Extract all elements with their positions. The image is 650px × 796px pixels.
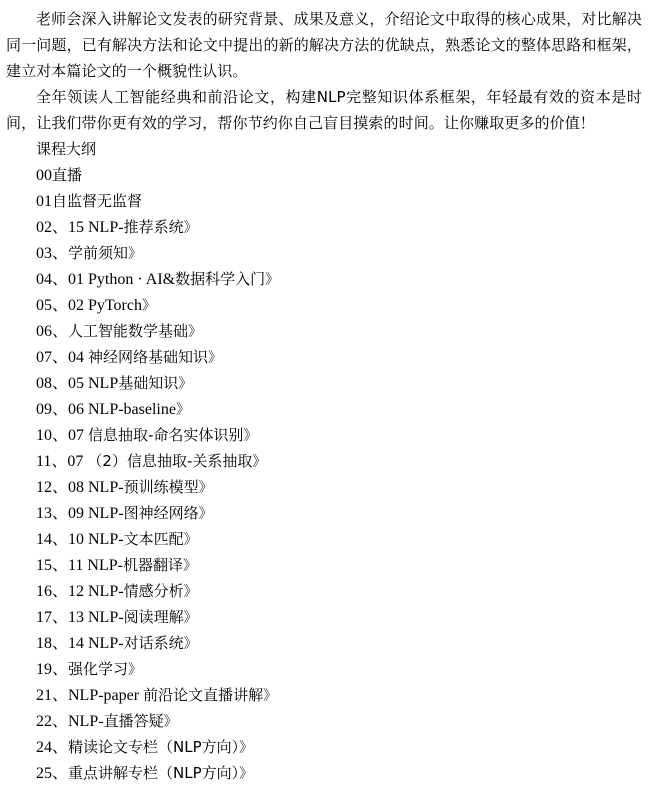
double-chevron-icon: 》 xyxy=(252,454,266,470)
double-chevron-icon: 》 xyxy=(184,532,198,548)
double-chevron-icon: 》 xyxy=(208,350,222,366)
outline-item: 13、09 NLP-图神经网络》 xyxy=(36,500,642,526)
intro-paragraph-2: 全年领读人工智能经典和前沿论文，构建NLP完整知识体系框架，年轻最有效的资本是时… xyxy=(6,84,642,136)
outline-item: 17、13 NLP-阅读理解》 xyxy=(36,604,642,630)
double-chevron-icon: 》 xyxy=(178,376,192,392)
double-chevron-icon: 》 xyxy=(184,610,198,626)
outline-item: 15、11 NLP-机器翻译》 xyxy=(36,552,642,578)
double-chevron-icon: 》 xyxy=(265,272,279,288)
outline-item: 09、06 NLP-baseline》 xyxy=(36,396,642,422)
double-chevron-icon: 》 xyxy=(243,428,257,444)
double-chevron-icon: 》 xyxy=(263,688,277,704)
outline-item: 21、NLP-paper 前沿论文直播讲解》 xyxy=(36,682,642,708)
outline-item: 25、重点讲解专栏（NLP方向）》 xyxy=(36,760,642,786)
double-chevron-icon: 》 xyxy=(239,766,253,782)
double-chevron-icon: 》 xyxy=(239,740,253,756)
outline-item: 03、学前须知》 xyxy=(36,240,642,266)
outline-item: 16、12 NLP-情感分析》 xyxy=(36,578,642,604)
double-chevron-icon: 》 xyxy=(183,558,197,574)
outline-item: 22、NLP-直播答疑》 xyxy=(36,708,642,734)
outline-item: 04、01 Python · AI&数据科学入门》 xyxy=(36,266,642,292)
outline-item: 05、02 PyTorch》 xyxy=(36,292,642,318)
double-chevron-icon: 》 xyxy=(188,324,202,340)
outline-item: 00直播 xyxy=(36,162,642,188)
outline-item: 10、07 信息抽取-命名实体识别》 xyxy=(36,422,642,448)
double-chevron-icon: 》 xyxy=(199,480,213,496)
outline-item: 24、精读论文专栏（NLP方向）》 xyxy=(36,734,642,760)
double-chevron-icon: 》 xyxy=(199,506,213,522)
outline-item: 12、08 NLP-预训练模型》 xyxy=(36,474,642,500)
outline-item: 07、04 神经网络基础知识》 xyxy=(36,344,642,370)
outline-item: 18、14 NLP-对话系统》 xyxy=(36,630,642,656)
double-chevron-icon: 》 xyxy=(142,298,156,314)
outline-item: 01自监督无监督 xyxy=(36,188,642,214)
double-chevron-icon: 》 xyxy=(184,584,198,600)
double-chevron-icon: 》 xyxy=(184,636,198,652)
double-chevron-icon: 》 xyxy=(128,246,142,262)
intro-paragraph-1: 老师会深入讲解论文发表的研究背景、成果及意义，介绍论文中取得的核心成果，对比解决… xyxy=(6,6,642,84)
outline-item: 11、07 （2）信息抽取-关系抽取》 xyxy=(36,448,642,474)
double-chevron-icon: 》 xyxy=(176,402,190,418)
outline-item: 06、人工智能数学基础》 xyxy=(36,318,642,344)
document-body: 老师会深入讲解论文发表的研究背景、成果及意义，介绍论文中取得的核心成果，对比解决… xyxy=(0,0,650,786)
outline-item: 02、15 NLP-推荐系统》 xyxy=(36,214,642,240)
outline-title: 课程大纲 xyxy=(6,136,642,162)
outline-item: 14、10 NLP-文本匹配》 xyxy=(36,526,642,552)
double-chevron-icon: 》 xyxy=(128,662,142,678)
double-chevron-icon: 》 xyxy=(184,220,198,236)
outline-item: 19、强化学习》 xyxy=(36,656,642,682)
course-outline-list: 00直播 01自监督无监督 02、15 NLP-推荐系统》 03、学前须知》 0… xyxy=(6,162,642,786)
double-chevron-icon: 》 xyxy=(164,714,178,730)
outline-item: 08、05 NLP基础知识》 xyxy=(36,370,642,396)
